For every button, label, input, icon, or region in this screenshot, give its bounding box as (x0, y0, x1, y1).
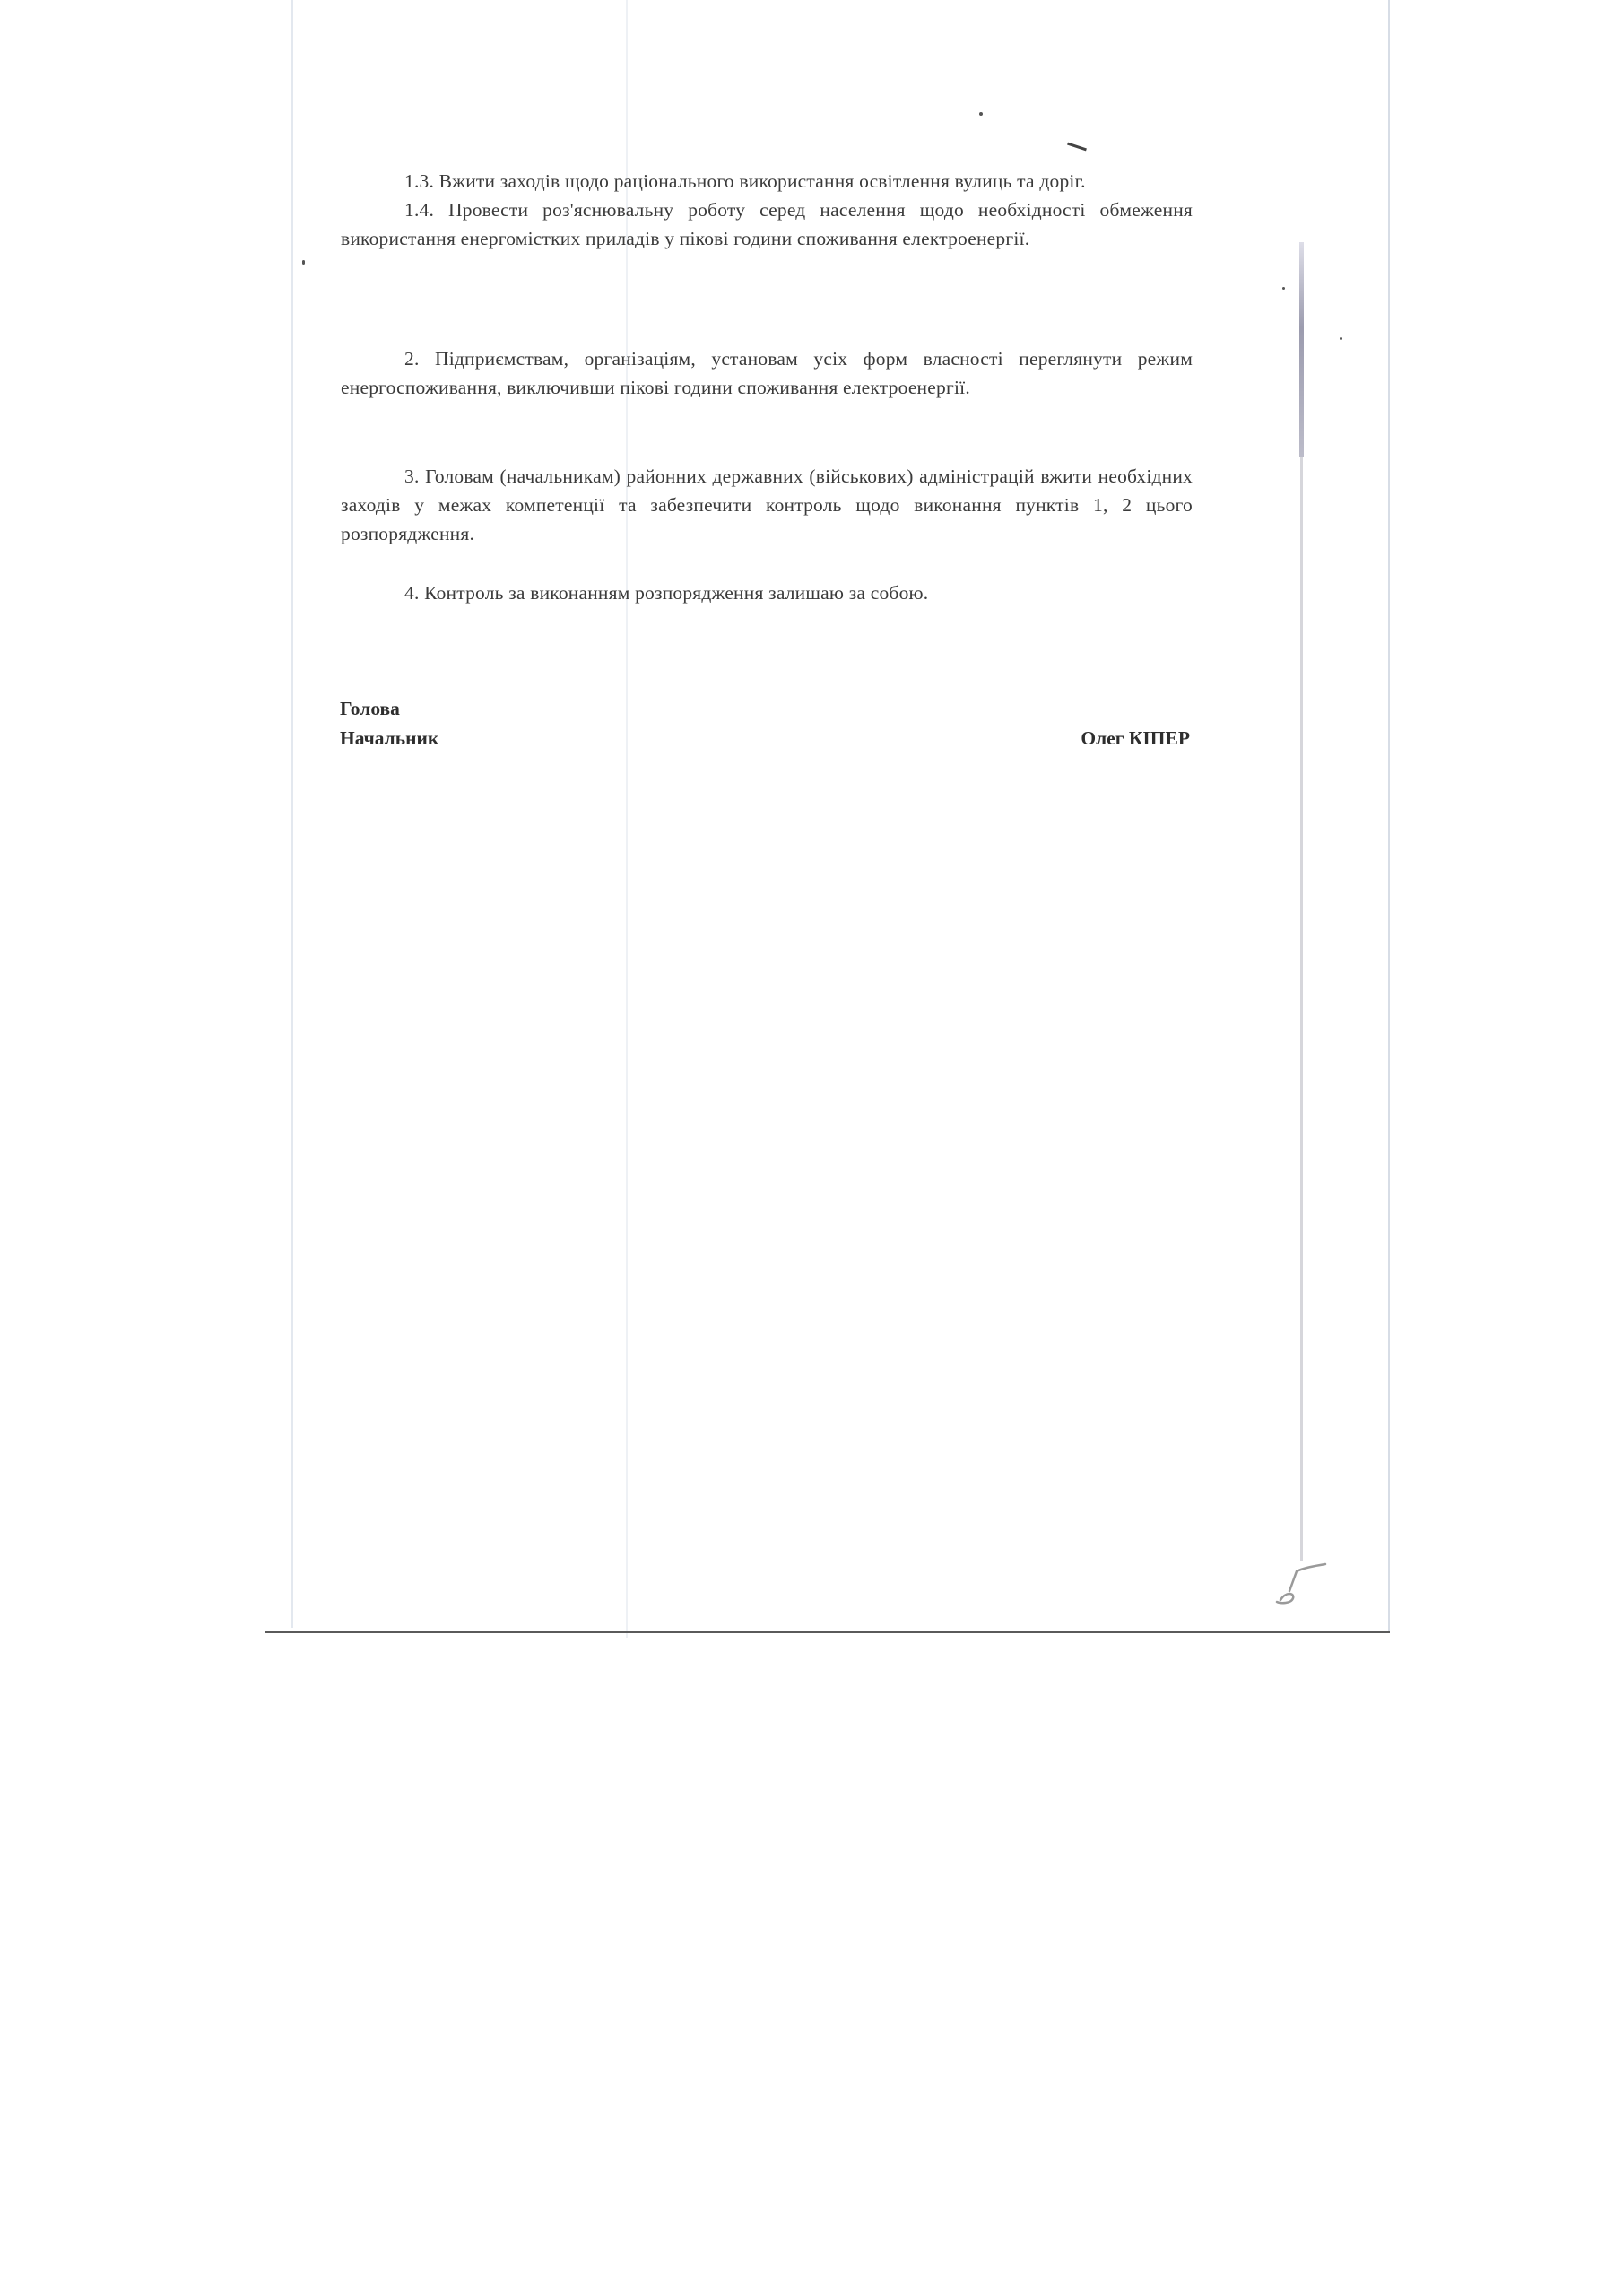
scan-left-edge (291, 0, 293, 1628)
signature-title-line2: Начальник (340, 724, 438, 753)
document-body: 1.3. Вжити заходів щодо раціонального ви… (341, 167, 1193, 253)
handwritten-page-number-icon (1273, 1552, 1336, 1614)
document-body-section-4: 4. Контроль за виконанням розпорядження … (341, 578, 1193, 607)
scan-speck (1340, 337, 1342, 340)
signature-title: Голова Начальник (340, 694, 438, 753)
document-body-section-2: 2. Підприємствам, організаціям, установа… (341, 344, 1193, 402)
scan-right-edge (1388, 0, 1390, 1631)
paragraph-3: 3. Головам (начальникам) районних держав… (341, 462, 1193, 548)
signature-name: Олег КІПЕР (1081, 724, 1190, 753)
document-body-section-3: 3. Головам (начальникам) районних держав… (341, 462, 1193, 548)
paragraph-1-4: 1.4. Провести роз'яснювальну роботу сере… (341, 196, 1193, 253)
paragraph-2: 2. Підприємствам, організаціям, установа… (341, 344, 1193, 402)
scan-smudge-line (1300, 457, 1303, 1561)
scan-speck (979, 112, 983, 116)
scan-speck (302, 260, 305, 265)
signature-title-line1: Голова (340, 694, 438, 724)
paragraph-4: 4. Контроль за виконанням розпорядження … (341, 578, 1193, 607)
paragraph-1-3: 1.3. Вжити заходів щодо раціонального ви… (341, 167, 1193, 196)
scan-speck (1282, 287, 1285, 290)
scan-bottom-edge (265, 1631, 1390, 1633)
scan-smudge (1299, 242, 1304, 457)
